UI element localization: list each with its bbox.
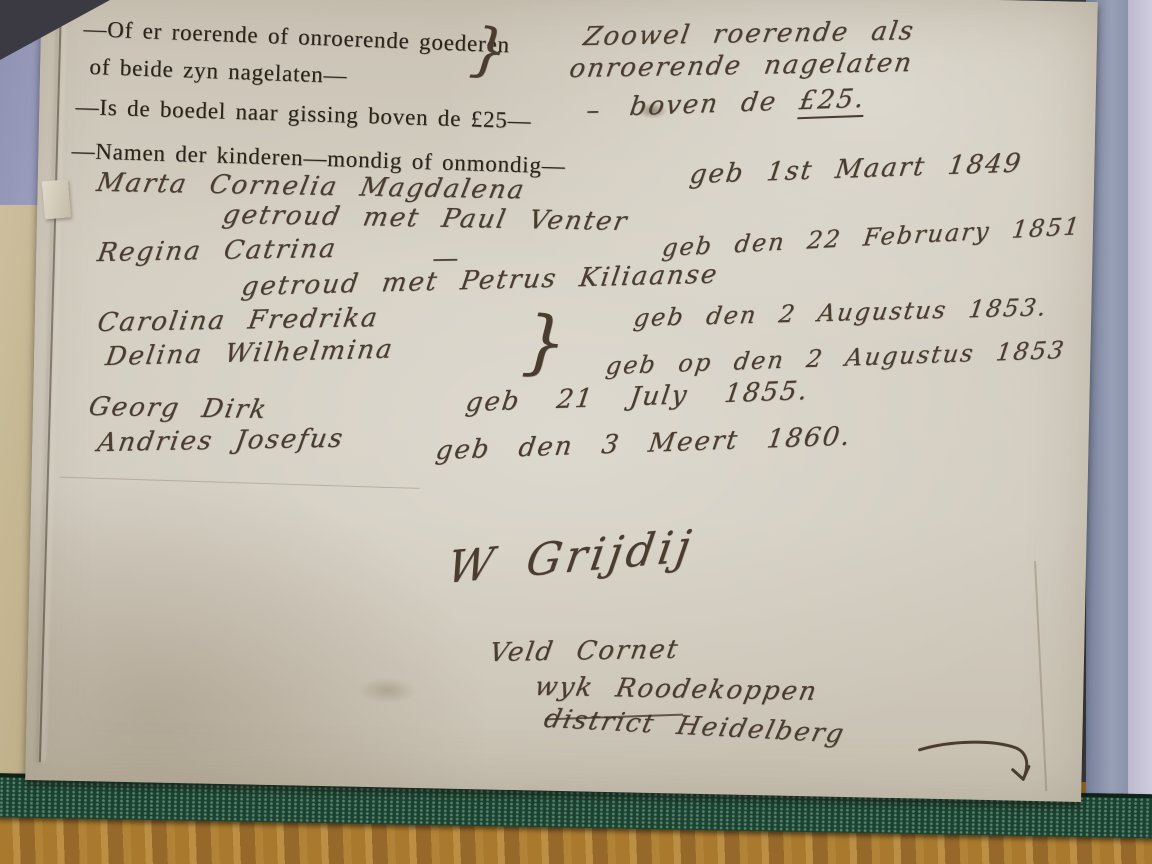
archival-document-photo: —Of er roerende of onroerende goederen o…: [0, 0, 1152, 864]
printed-question-goederen-line1: —Of er roerende of onroerende goederen: [83, 16, 510, 58]
handwritten-answer-boedel: boven de £25.: [628, 84, 868, 122]
page-text-layer: —Of er roerende of onroerende goederen o…: [0, 0, 1152, 864]
official-ward: wyk Roodekoppen: [532, 672, 820, 707]
child-name: Andries Josefus: [95, 424, 346, 458]
official-district: district Heidelberg: [541, 704, 848, 749]
handwritten-boedel-amount: £25.: [797, 84, 868, 119]
signature: W Grijdij: [444, 520, 698, 593]
printed-question-goederen-line2: of beide zyn nagelaten—: [89, 54, 348, 89]
child-name: Carolina Fredrika: [95, 303, 381, 338]
handwritten-answer-goederen-line1: Zoowel roerende als: [581, 16, 917, 52]
child-marriage-note: getroud met Paul Venter: [220, 200, 631, 237]
ink-dash-mark: –: [586, 96, 602, 126]
official-title: Veld Cornet: [487, 635, 681, 668]
child-marriage-note: getroud met Petrus Kiliaanse: [239, 260, 720, 303]
child-name: Georg Dirk: [86, 392, 270, 425]
child-birthdate: geb 21 July 1855.: [464, 376, 811, 418]
child-name: Regina Catrina: [95, 234, 339, 268]
ink-brace-mark: }: [520, 300, 571, 384]
handwritten-answer-goederen-line2: onroerende nagelaten: [567, 48, 915, 84]
handwritten-boedel-text: boven de: [628, 87, 780, 122]
child-birthdate: geb den 22 February 1851: [661, 212, 1083, 262]
ink-brace-mark: }: [467, 14, 513, 86]
child-name: Marta Cornelia Magdalena: [94, 168, 528, 205]
child-birthdate: geb den 2 Augustus 1853.: [632, 293, 1050, 332]
child-birthdate: geb den 3 Meert 1860.: [434, 421, 854, 466]
child-name: Delina Wilhelmina: [103, 334, 395, 372]
ink-arrow-mark: [913, 730, 1046, 798]
child-birthdate: geb 1st Maart 1849: [688, 148, 1025, 190]
printed-question-boedel: —Is de boedel naar gissing boven de £25—: [75, 94, 532, 134]
child-birthdate: geb op den 2 Augustus 1853: [604, 336, 1067, 380]
